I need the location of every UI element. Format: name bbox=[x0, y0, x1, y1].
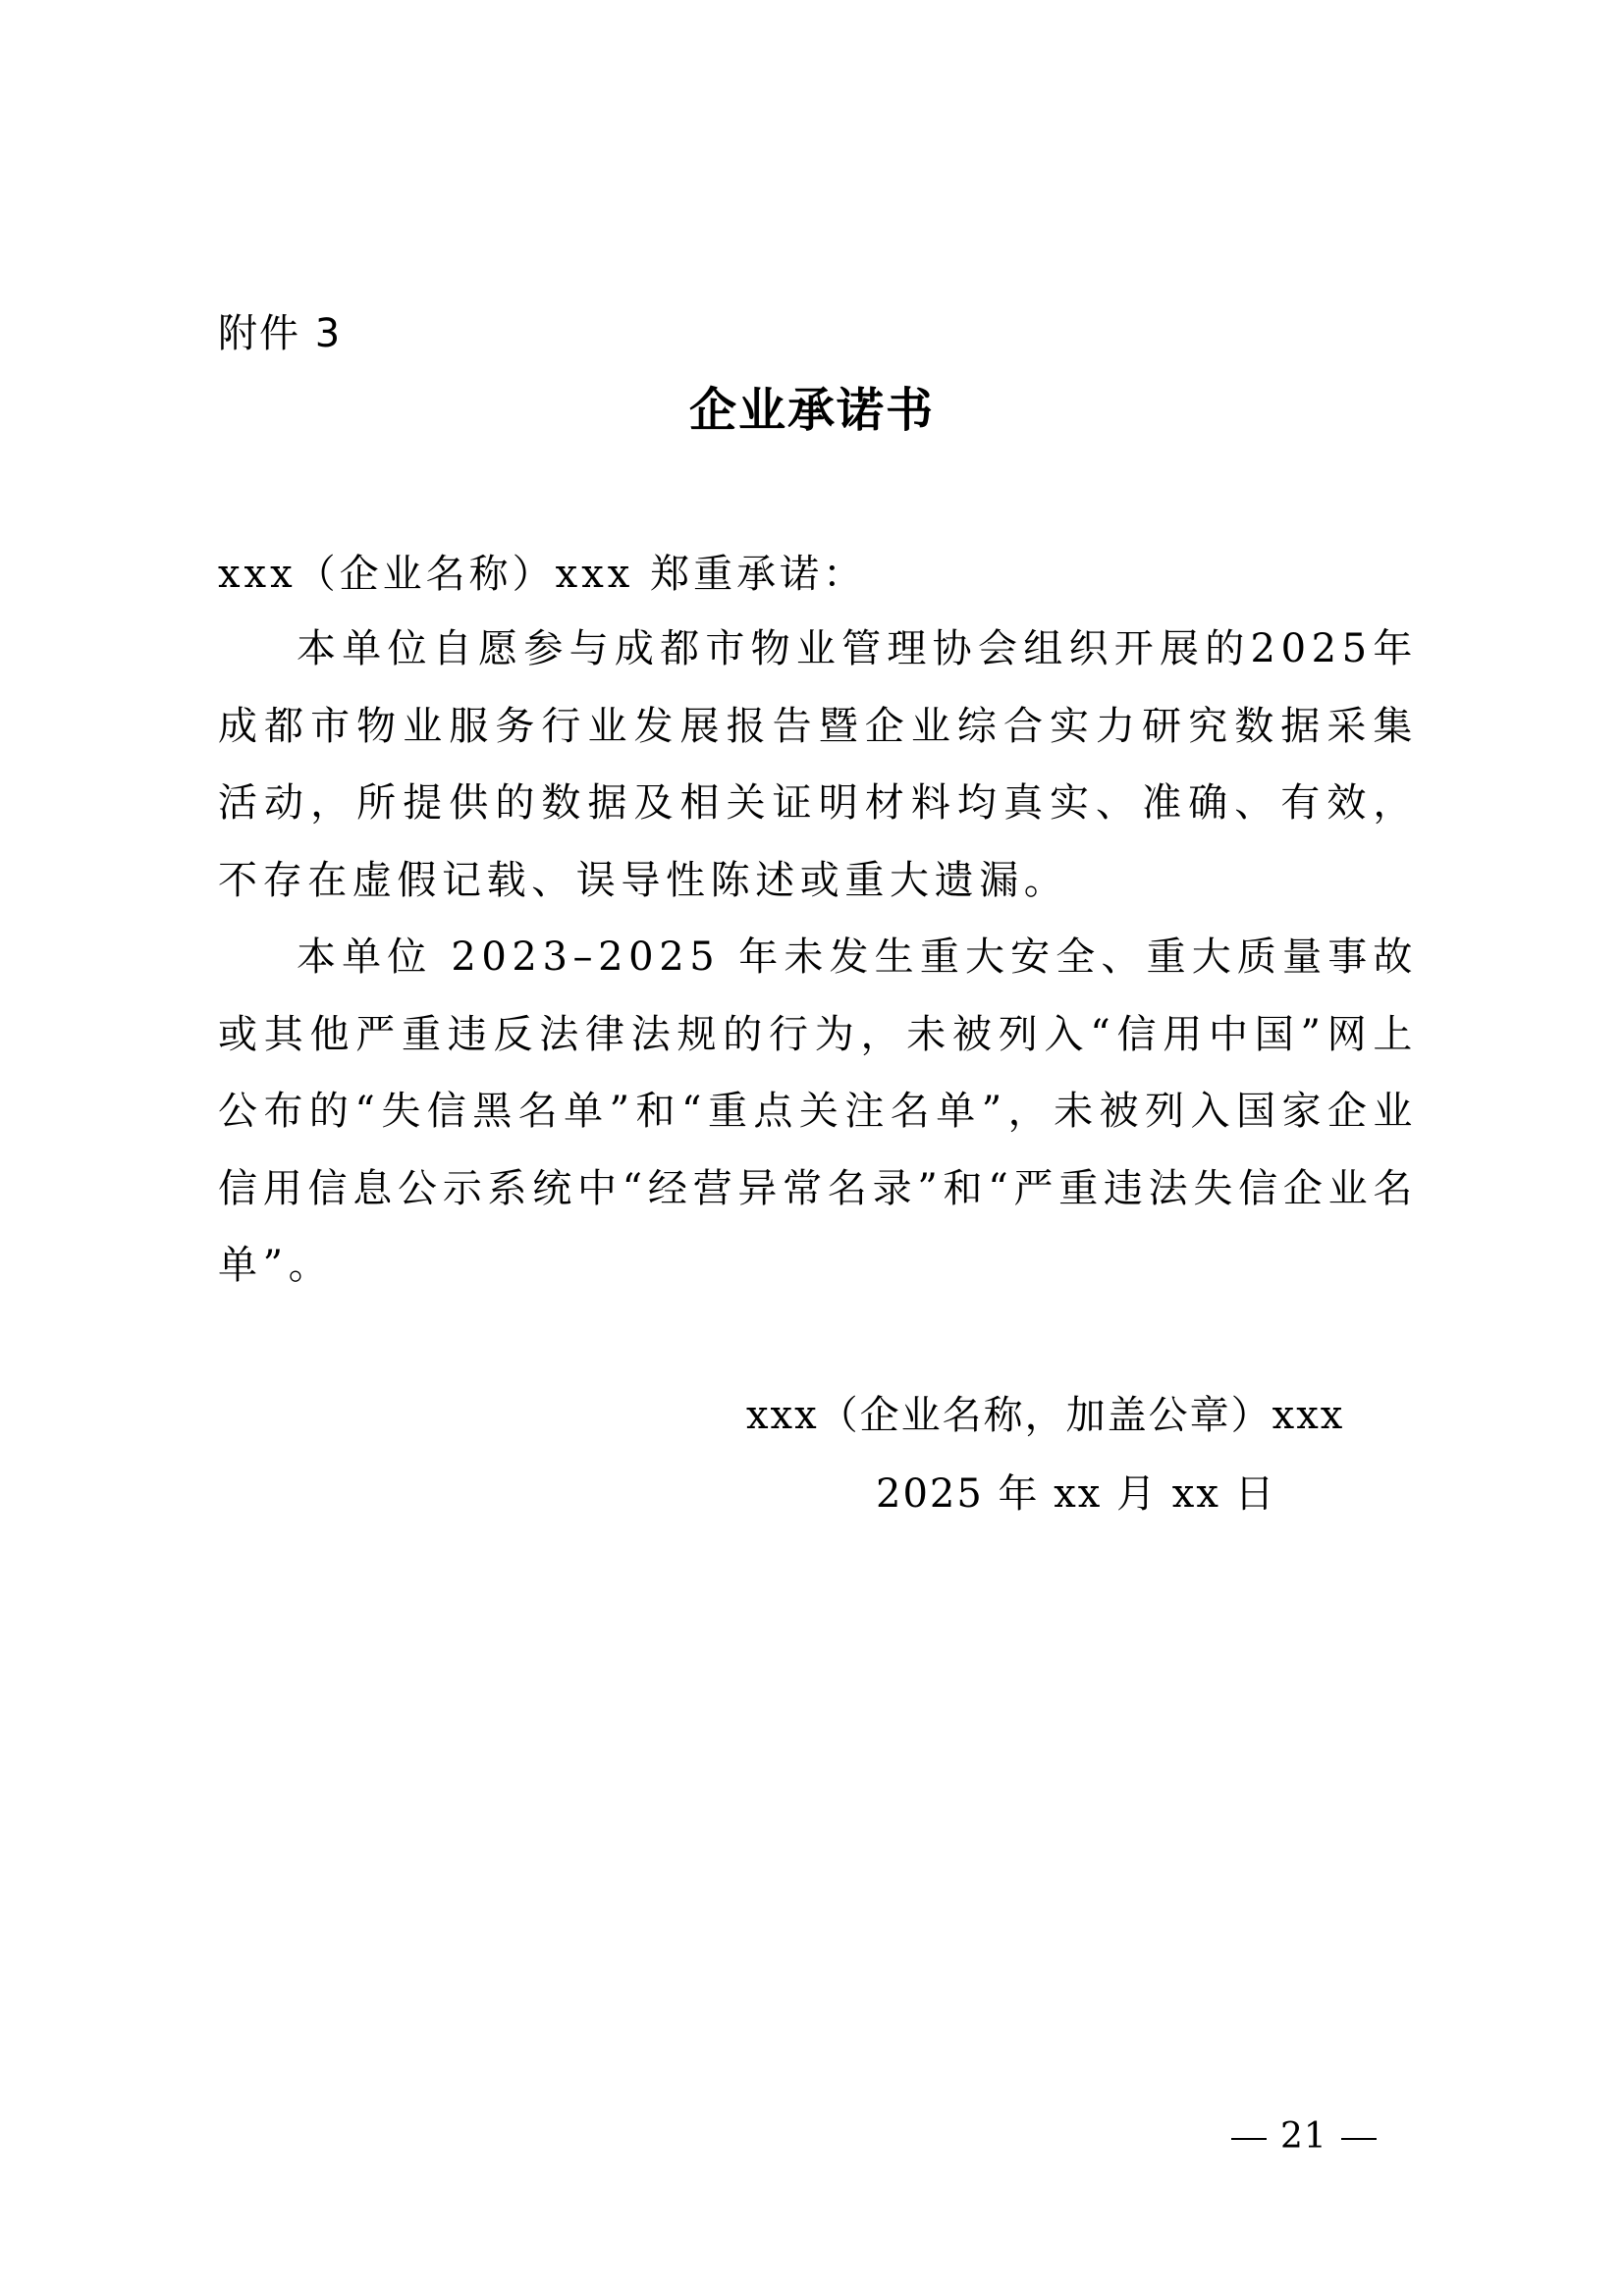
page-number: 21 bbox=[1280, 2116, 1327, 2157]
signature-date: 2025 年 xx 月 xx 日 bbox=[0, 1465, 1624, 1523]
dash-right-icon bbox=[1341, 2138, 1377, 2140]
commitment-paragraph-1-block: 本单位自愿参与成都市物业管理协会组织开展的2025年成都市物业服务行业发展报告暨… bbox=[218, 611, 1418, 919]
commitment-paragraph-2-block: 本单位 2023–2025 年未发生重大安全、重大质量事故或其他严重违反法律法规… bbox=[218, 919, 1418, 1305]
page-number-footer: 21 bbox=[1218, 2112, 1390, 2162]
document-page: 附件 3 企业承诺书 xxx（企业名称）xxx 郑重承诺： 本单位自愿参与成都市… bbox=[0, 0, 1624, 2296]
attachment-label: 附件 3 bbox=[218, 306, 342, 361]
salutation-line: xxx（企业名称）xxx 郑重承诺： bbox=[218, 545, 866, 604]
signature-company: xxx（企业名称，加盖公章）xxx bbox=[0, 1386, 1624, 1445]
commitment-paragraph-1: 本单位自愿参与成都市物业管理协会组织开展的2025年成都市物业服务行业发展报告暨… bbox=[218, 611, 1418, 919]
document-title: 企业承诺书 bbox=[0, 379, 1624, 442]
dash-left-icon bbox=[1231, 2138, 1267, 2140]
commitment-paragraph-2: 本单位 2023–2025 年未发生重大安全、重大质量事故或其他严重违反法律法规… bbox=[218, 919, 1418, 1305]
